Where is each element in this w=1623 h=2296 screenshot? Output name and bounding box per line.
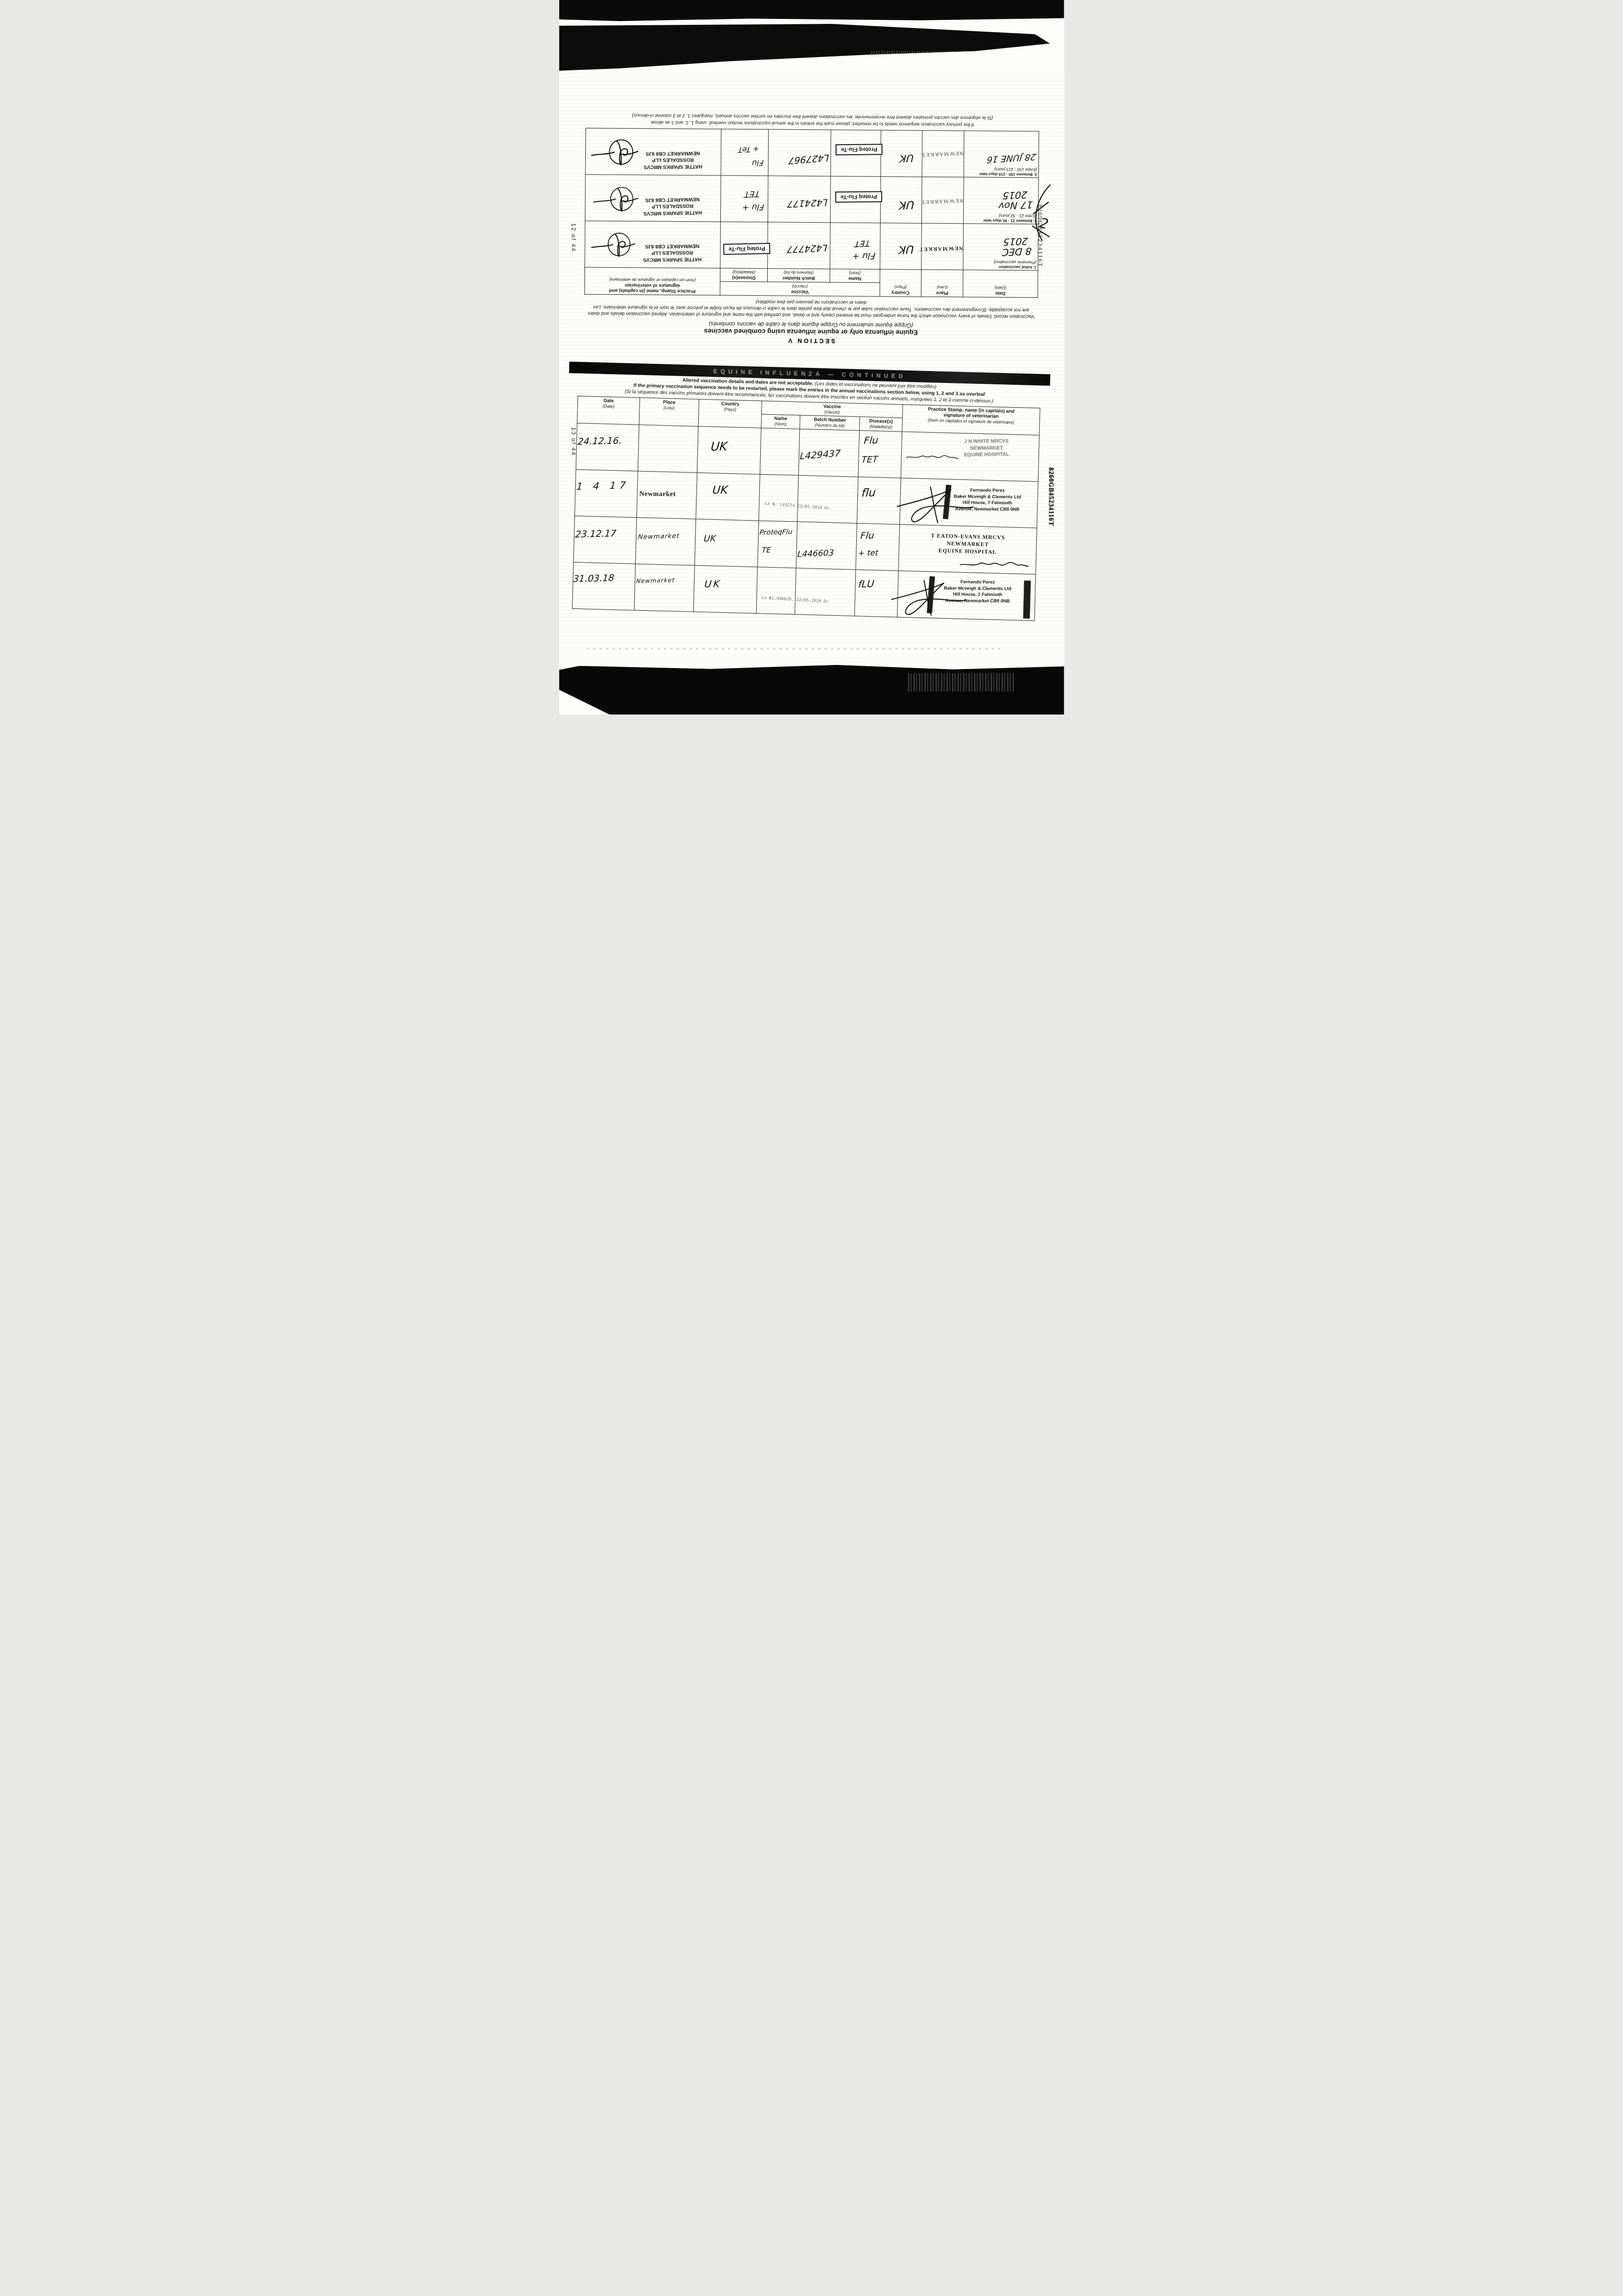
cell-batch-number <box>797 475 858 523</box>
practice-stamp: Fernando Perez Baker Mcveigh & Clements … <box>898 572 1035 605</box>
scan-artifact-line <box>587 648 1000 649</box>
cell-vaccine-name: Proteq Flu-Te <box>830 176 880 223</box>
cell-disease: flu <box>857 477 900 524</box>
scan-noise <box>871 51 991 67</box>
cell-disease: fLU <box>854 569 898 617</box>
table-row: 3. Between 150 - 215 days later(Entre 15… <box>585 128 1039 178</box>
practice-stamp: HATTIE SPARKS MRCVS ROSSDALES LLP NEWMAR… <box>585 195 720 222</box>
handwritten-date: 31.03.18 <box>573 573 635 584</box>
cell-practice-stamp: T EATON-EVANS MRCVS NEWMARKET EQUINE HOS… <box>898 524 1037 574</box>
cell-practice-stamp: HATTIE SPARKS MRCVS ROSSDALES LLP NEWMAR… <box>585 174 721 222</box>
handwritten-batch: L429437 <box>799 447 859 461</box>
document-number: 8260GB45234116T <box>1047 467 1054 526</box>
handwritten-country: UK <box>710 440 761 454</box>
handwritten-country: UK <box>880 243 915 256</box>
handwritten-country: UK <box>703 533 758 544</box>
cell-batch-number: L424777 <box>767 222 830 269</box>
place-stamp: NEWMARKET <box>922 197 963 205</box>
cell-country: UK <box>880 223 921 270</box>
col-header-practice-stamp: Practice Stamp, name (in capitals) andsi… <box>902 405 1040 435</box>
col-header-practice-stamp: Practice Stamp, name (in capitals) andsi… <box>584 267 720 295</box>
cell-practice-stamp: Fernando Perez Baker Mcveigh & Clements … <box>899 478 1038 528</box>
place-stamp: NEWMARKET <box>922 150 964 158</box>
handwritten-batch: L424177 <box>768 197 828 210</box>
note-french: (Enregistrement des vaccinations: Toute … <box>593 299 986 313</box>
cell-vaccine-name: ProteqFlu TE <box>757 521 797 568</box>
primary-vaccination-table: Date(Date) Place(Lieu) Country(Pays) Vac… <box>584 128 1039 298</box>
cell-date: 1 4 17 <box>574 469 638 517</box>
cell-disease: Flu + tet <box>856 523 899 570</box>
scanner-black-band-top <box>559 0 1064 21</box>
cell-vaccine-name: Proteq Flu-Te <box>831 129 881 176</box>
practice-stamp: Fernando Perez Baker Mcveigh & Clements … <box>900 479 1038 513</box>
proteq-flu-te-stamp: Proteq Flu-Te <box>723 243 770 255</box>
handwritten-country: UK <box>880 198 915 211</box>
cell-place: NEWMARKET <box>921 177 963 224</box>
col-header-place: Place(Lieu) <box>921 270 963 297</box>
cell-country: UK <box>880 176 921 223</box>
cell-batch-number: L427967 <box>768 129 831 176</box>
cell-batch-number: L446603 <box>796 522 857 569</box>
handwritten-country: UK <box>880 152 914 164</box>
cell-disease: Flu + TeT <box>721 129 768 176</box>
cell-vaccine-name: Flu + TET <box>830 222 880 269</box>
instructions-english: If the primary vaccination sequence need… <box>651 119 974 127</box>
handwritten-place: Newmarket <box>638 533 696 541</box>
handwritten-place: Newmarket <box>635 577 694 585</box>
cell-date: 23.12.17 <box>573 516 637 563</box>
col-header-date: Date(Date) <box>963 270 1038 297</box>
practice-stamp: J N WHITE MRCVS NEWMARKET EQUINE HOSPITA… <box>902 433 1039 459</box>
page-13: EQUINE INFLUENZA — CONTINUED Altered vac… <box>572 362 1041 634</box>
col-header-batch: Batch Number(Numéro du lot) <box>767 269 830 282</box>
handwritten-batch: L446603 <box>797 548 856 559</box>
cell-date: 24.12.16. <box>576 423 639 471</box>
cell-date: 31.03.18 <box>572 562 635 610</box>
cell-batch-number <box>795 568 855 616</box>
handwritten-country: UK <box>712 484 759 496</box>
stamp-ink-bar <box>1023 581 1030 619</box>
cell-place: Newmarket <box>636 471 696 519</box>
proteq-flu-te-stamp: Proteq Flu-Te <box>835 144 882 155</box>
cell-country: UK <box>694 519 758 567</box>
col-header-batch: Batch Number(Numéro du lot) <box>800 416 860 431</box>
handwritten-country: UK <box>704 578 757 589</box>
practice-stamp: HATTIE SPARKS MRCVS ROSSDALES LLP NEWMAR… <box>585 242 720 268</box>
cell-vaccine-name <box>759 428 799 475</box>
page-number-12: 12 of 44 <box>570 223 577 252</box>
cell-country: UK <box>697 426 761 474</box>
scanner-page-curl-band <box>559 24 1055 71</box>
col-header-country: Country(Pays) <box>879 269 921 297</box>
col-header-vaccine: Vaccine(Vaccin) <box>720 281 880 296</box>
restart-instructions: If the primary vaccination sequence need… <box>585 111 1039 128</box>
scanner-black-band-bottom <box>559 665 1064 715</box>
cell-vaccine-name: Lx №1.446629. 22/05-2020 Dr <box>756 567 796 614</box>
col-header-country: Country(Pays) <box>698 399 761 428</box>
instructions-french: (Si la séquence des vaccins primaires do… <box>632 113 993 120</box>
col-header-name: Name(Nom) <box>830 269 880 282</box>
practice-stamp: HATTIE SPARKS MRCVS ROSSDALES LLP NEWMAR… <box>585 149 721 175</box>
cell-date: 3. Between 150 - 215 days later(Entre 15… <box>964 130 1039 177</box>
handwritten-batch: L424777 <box>767 243 827 255</box>
cell-practice-stamp: HATTIE SPARKS MRCVS ROSSDALES LLP NEWMAR… <box>585 128 721 175</box>
cell-disease: Proteq Flu-Te <box>720 222 767 269</box>
col-header-date: Date(Date) <box>577 396 640 425</box>
cell-disease: Flu + TET <box>720 175 768 222</box>
scan-noise <box>908 673 1014 692</box>
table-row: 1. Initial vaccination(Première vaccinat… <box>584 221 1038 270</box>
place-stamp: NEWMARKET <box>921 244 963 253</box>
table-row: 2. Between 21 - 92 days later(Entre 21 -… <box>585 174 1039 224</box>
col-header-name: Name(Nom) <box>761 414 800 429</box>
col-header-disease: Disease(s)(Maladie(s)) <box>720 268 767 282</box>
vaccination-record-note: Vaccination record: Details of every vac… <box>587 297 1035 319</box>
cell-disease: Flu TET <box>858 431 902 478</box>
cell-place: NEWMARKET <box>922 130 964 177</box>
page-number-13: 13 of 44 <box>570 427 577 456</box>
handwritten-batch: L427967 <box>768 152 829 167</box>
annual-vaccination-table: Date(Date) Place(Lieu) Country(Pays) Vac… <box>572 396 1040 621</box>
page-corner <box>559 690 610 715</box>
practice-stamp: T EATON-EVANS MRCVS NEWMARKET EQUINE HOS… <box>899 524 1037 557</box>
place-stamp: Newmarket <box>639 490 696 499</box>
handwritten-date: 24.12.16. <box>577 435 639 446</box>
col-header-disease: Disease(s)(Maladie(s)) <box>859 417 902 432</box>
handwritten-date: 23.12.17 <box>575 528 636 539</box>
cell-country: UK <box>696 473 760 521</box>
section-banner-text: EQUINE INFLUENZA — CONTINUED <box>713 368 906 380</box>
cell-place: Newmarket <box>635 518 695 565</box>
cell-practice-stamp: J N WHITE MRCVS NEWMARKET EQUINE HOSPITA… <box>900 432 1039 482</box>
cell-place: NEWMARKET <box>921 223 963 270</box>
handwritten-date: 28 JUNE 16 <box>963 152 1037 165</box>
col-header-place: Place(Lieu) <box>639 398 698 426</box>
page-12-upside-down: SECTION V Equine influenza only or equin… <box>584 86 1039 346</box>
cell-vaccine-name: Lx №: L43274 23/07-2018 Dr <box>758 474 798 522</box>
cell-country: UK <box>693 565 758 613</box>
cell-batch-number: L424177 <box>768 176 831 223</box>
cell-place: Newmarket <box>634 564 694 612</box>
proteq-flu-te-stamp: Proteq Flu-Te <box>835 191 882 203</box>
cell-practice-stamp: HATTIE SPARKS MRCVS ROSSDALES LLP NEWMAR… <box>584 221 720 268</box>
cell-practice-stamp: Fernando Perez Baker Mcveigh & Clements … <box>897 571 1036 621</box>
cell-batch-number: L429437 <box>798 429 859 477</box>
cell-country: UK <box>880 130 922 177</box>
handwritten-date: 1 4 17 <box>576 480 637 491</box>
cell-place <box>638 425 698 473</box>
scanned-document: SECTION V Equine influenza only or equin… <box>559 0 1064 715</box>
margin-scrawl <box>1024 182 1056 260</box>
